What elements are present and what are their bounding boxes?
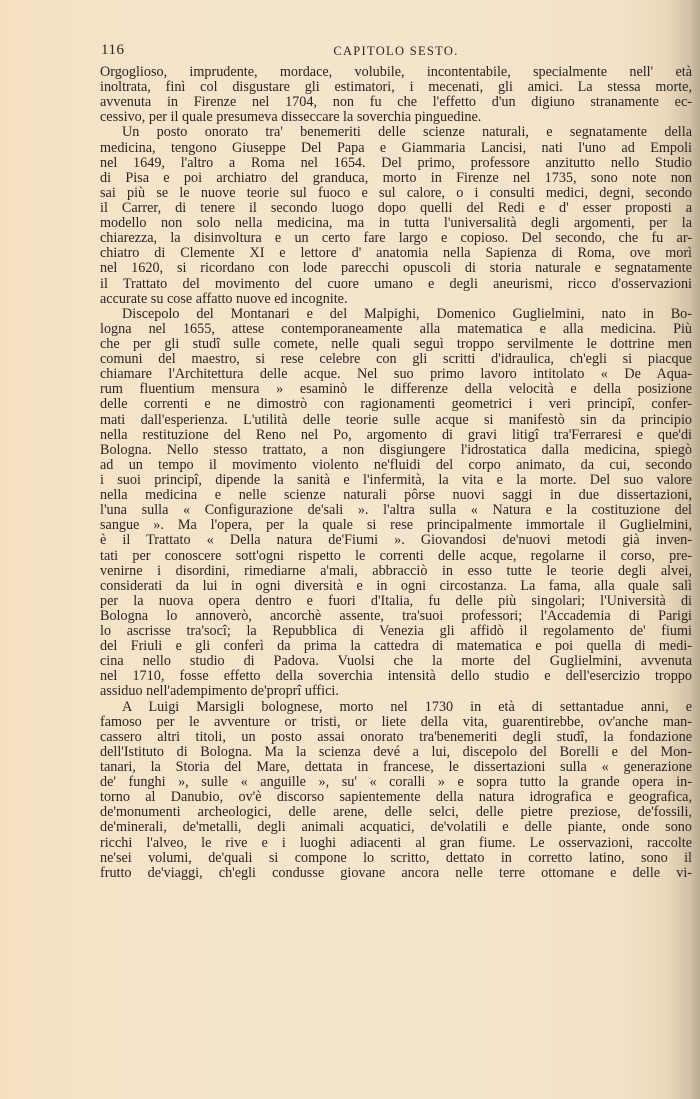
- text-line: ne'sei volumi, de'quali si compone lo sc…: [100, 851, 692, 866]
- text-line: avvenuta in Firenze nel 1704, non fu che…: [100, 95, 692, 110]
- text-line: Bologna lo annoverò, ancorchè assente, t…: [100, 609, 692, 624]
- book-page: 116 CAPITOLO SESTO. Orgoglioso, impruden…: [0, 0, 700, 1099]
- text-line: nella restituzione del Reno nel Po, argo…: [100, 428, 692, 443]
- text-line: chiarezza, la disinvoltura e un certo fa…: [100, 231, 692, 246]
- text-line: A Luigi Marsigli bolognese, morto nel 17…: [100, 700, 692, 715]
- text-line: considerati da lui in ogni diversità e i…: [100, 579, 692, 594]
- text-line: cassero altri titoli, un posto assai ono…: [100, 730, 692, 745]
- text-line: Discepolo del Montanari e del Malpighi, …: [100, 307, 692, 322]
- text-line: che per gli studî sulle comete, nelle qu…: [100, 337, 692, 352]
- chapter-title: CAPITOLO SESTO.: [101, 44, 691, 59]
- text-line: accurate su cose affatto nuove ed incogn…: [100, 292, 692, 307]
- text-line: assiduo nell'adempimento de'proprî uffic…: [100, 684, 692, 699]
- text-line: Un posto onorato tra' benemeriti delle s…: [100, 125, 692, 140]
- text-line: sangue ». Ma l'opera, per la quale si re…: [100, 518, 692, 533]
- text-line: venirne i disordini, rimediarne a'mali, …: [100, 564, 692, 579]
- text-line: ricchi l'alveo, le rive e i luoghi adiac…: [100, 836, 692, 851]
- page-edge-shadow: [690, 0, 700, 1099]
- text-line: nella medicina e nelle scienze naturali …: [100, 488, 692, 503]
- text-line: de'monumenti archeologici, delle arene, …: [100, 805, 692, 820]
- body-text: Orgoglioso, imprudente, mordace, volubil…: [100, 65, 692, 881]
- text-line: chiatro di Clemente XI e lettore d' anat…: [100, 246, 692, 261]
- text-line: l'una sulla « Configurazione de'sali ». …: [100, 503, 692, 518]
- text-line: ad un tempo il movimento violento ne'flu…: [100, 458, 692, 473]
- text-line: chiamare l'Architettura delle acque. Nel…: [100, 367, 692, 382]
- text-line: i suoi principî, dipende la sanità e l'i…: [100, 473, 692, 488]
- text-line: frutto de'viaggi, ch'egli condusse giova…: [100, 866, 692, 881]
- text-line: torno al Danubio, ov'è discorso sapiente…: [100, 790, 692, 805]
- text-line: lo ascrisse tra'socî; la Repubblica di V…: [100, 624, 692, 639]
- running-head: 116 CAPITOLO SESTO.: [101, 42, 691, 62]
- text-line: tati per conoscere sott'ogni rispetto le…: [100, 549, 692, 564]
- text-line: delle correnti e ne dimostrò con ragiona…: [100, 397, 692, 412]
- text-line: de'minerali, de'metalli, degli animali a…: [100, 820, 692, 835]
- text-line: del Friuli e gli conferì da prima la cat…: [100, 639, 692, 654]
- text-line: nel 1710, fosse effetto della soverchia …: [100, 669, 692, 684]
- text-line: logna nel 1655, attese contemporaneament…: [100, 322, 692, 337]
- text-line: cina nello studio di Padova. Vuolsi che …: [100, 654, 692, 669]
- text-line: nel 1620, si ricordano con lode parecchi…: [100, 261, 692, 276]
- text-line: tanari, la Storia del Mare, dettata in f…: [100, 760, 692, 775]
- text-line: cessivo, per il quale presumeva dissecca…: [100, 110, 692, 125]
- text-line: de' funghi », sulle « anguille », su' « …: [100, 775, 692, 790]
- text-line: Orgoglioso, imprudente, mordace, volubil…: [100, 65, 692, 80]
- text-line: per la nuova opera dentro e fuori d'Ital…: [100, 594, 692, 609]
- text-line: rum fluentium mensura » esaminò le diffe…: [100, 382, 692, 397]
- text-line: sai più se le nuove teorie sul fuoco e s…: [100, 186, 692, 201]
- text-line: è il Trattato « Della natura de'Fiumi ».…: [100, 533, 692, 548]
- text-line: nel 1649, l'altro a Roma nel 1654. Del p…: [100, 156, 692, 171]
- text-line: mati dall'esperienza. L'utilità delle te…: [100, 413, 692, 428]
- text-line: famoso per le avventure or tristi, or li…: [100, 715, 692, 730]
- text-line: comuni del maestro, si rese celebre con …: [100, 352, 692, 367]
- text-line: dell'Istituto di Bologna. Ma la scienza …: [100, 745, 692, 760]
- text-line: inoltrata, finì col disgustare gli estim…: [100, 80, 692, 95]
- text-line: medicina, tengono Giuseppe Del Papa e Gi…: [100, 141, 692, 156]
- text-line: modello non solo nella medicina, ma in t…: [100, 216, 692, 231]
- text-line: Bologna. Nello stesso trattato, a non di…: [100, 443, 692, 458]
- text-line: di Pisa e poi archiatro del granduca, mo…: [100, 171, 692, 186]
- text-line: il Carrer, di tenere il secondo luogo do…: [100, 201, 692, 216]
- text-line: il Trattato del movimento del cuore uman…: [100, 277, 692, 292]
